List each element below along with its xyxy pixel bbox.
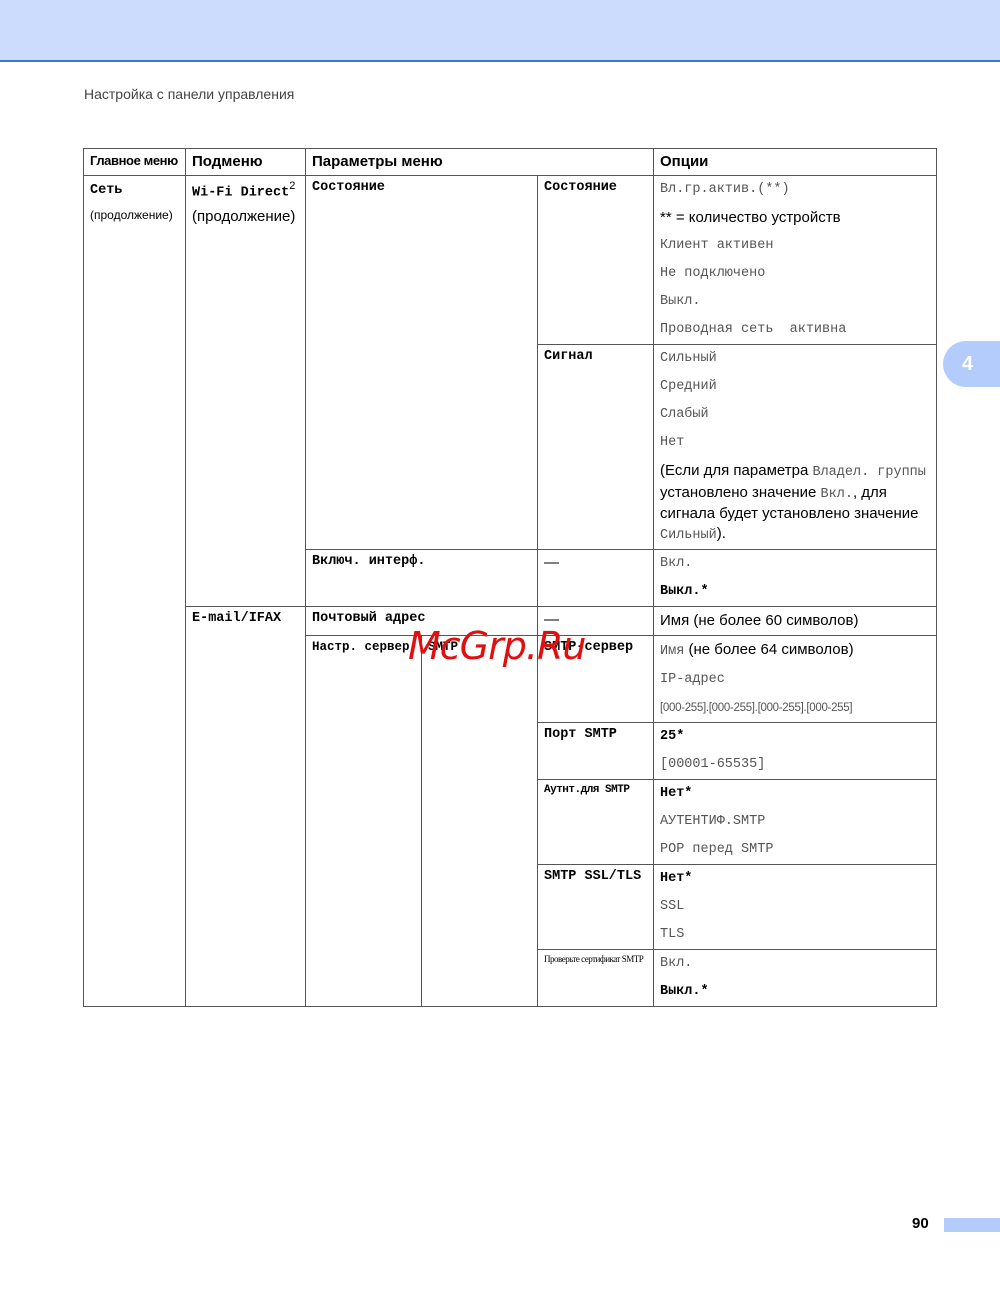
param-interface: Включ. интерф. — [306, 550, 538, 607]
option: Не подключено — [660, 264, 930, 284]
table-row: E-mail/IFAX Почтовый адрес — Имя (не бол… — [84, 607, 937, 636]
running-title: Настройка с панели управления — [84, 86, 294, 102]
options-signal: Сильный Средний Слабый Нет (Если для пар… — [654, 345, 937, 550]
submenu-wifi-note: (продолжение) — [192, 208, 299, 225]
option: Вкл. — [660, 554, 930, 574]
main-menu-cell: Сеть (продолжение) — [84, 176, 186, 1007]
chapter-tab: 4 — [943, 341, 1000, 387]
options-smtp-ssl: Нет* SSL TLS — [654, 865, 937, 950]
options-status: Вл.гр.актив.(**) ** = количество устройс… — [654, 176, 937, 345]
page-number: 90 — [912, 1215, 929, 1232]
option: IP-адрес — [660, 670, 930, 690]
table-row: Сеть (продолжение) Wi-Fi Direct2 (продол… — [84, 176, 937, 345]
note-text: ). — [717, 525, 726, 542]
subparam-smtp-auth: Аутнт.для SMTP — [538, 780, 654, 865]
top-band — [0, 0, 1000, 62]
options-mail-address: Имя (не более 60 символов) — [654, 607, 937, 636]
option: Выкл. — [660, 292, 930, 312]
option: POP перед SMTP — [660, 840, 930, 860]
option: [000-255].[000-255].[000-255].[000-255] — [660, 698, 930, 718]
option: Клиент активен — [660, 236, 930, 256]
option: Имя (не более 60 символов) — [660, 611, 930, 631]
options-smtp-port: 25* [00001-65535] — [654, 723, 937, 780]
subparam-interface: — — [538, 550, 654, 607]
option: [00001-65535] — [660, 755, 930, 775]
option-default: Выкл.* — [660, 982, 930, 1002]
col-submenu: Подменю — [186, 149, 306, 176]
settings-table: Главное меню Подменю Параметры меню Опци… — [83, 148, 937, 1007]
note-text: (Если для параметра — [660, 462, 812, 479]
option: Слабый — [660, 405, 930, 425]
option-default: Выкл.* — [660, 582, 930, 602]
note-mono: Владел. группы — [812, 465, 925, 480]
main-menu-note: (продолжение) — [90, 208, 179, 222]
param-mail-address: Почтовый адрес — [306, 607, 538, 636]
option-default: Нет* — [660, 869, 930, 889]
main-menu-label: Сеть — [90, 183, 122, 198]
option: Сильный — [660, 349, 930, 369]
option: Нет — [660, 433, 930, 453]
option-note: ** = количество устройств — [660, 208, 930, 228]
page-number-bar — [944, 1218, 1000, 1232]
option-default: 25* — [660, 727, 930, 747]
col-options: Опции — [654, 149, 937, 176]
subparam-smtp-ssl: SMTP SSL/TLS — [538, 865, 654, 950]
option: Вкл. — [660, 954, 930, 974]
option: SSL — [660, 897, 930, 917]
param-smtp: SMTP — [422, 636, 538, 1007]
option: Средний — [660, 377, 930, 397]
param-status: Состояние — [306, 176, 538, 550]
option-default: Нет* — [660, 784, 930, 804]
table-header-row: Главное меню Подменю Параметры меню Опци… — [84, 149, 937, 176]
option: Вл.гр.актив.(**) — [660, 180, 930, 200]
option: TLS — [660, 925, 930, 945]
option-rest: (не более 64 символов) — [684, 641, 853, 658]
col-menu-params: Параметры меню — [306, 149, 654, 176]
option-mono: Имя — [660, 644, 684, 659]
options-interface: Вкл. Выкл.* — [654, 550, 937, 607]
option: Имя (не более 64 символов) — [660, 640, 930, 662]
option: Проводная сеть активна — [660, 320, 930, 340]
subparam-smtp-server: SMTP-сервер — [538, 636, 654, 723]
subparam-status: Состояние — [538, 176, 654, 345]
options-smtp-auth: Нет* АУТЕНТИФ.SMTP POP перед SMTP — [654, 780, 937, 865]
subparam-mail-address: — — [538, 607, 654, 636]
subparam-smtp-cert: Проверьте сертификат SMTP — [538, 950, 654, 1007]
submenu-wifi-cell: Wi-Fi Direct2 (продолжение) — [186, 176, 306, 607]
note-mono: Вкл. — [821, 487, 853, 502]
submenu-wifi-label: Wi-Fi Direct — [192, 185, 289, 200]
col-main-menu: Главное меню — [84, 149, 186, 176]
subparam-smtp-port: Порт SMTP — [538, 723, 654, 780]
options-smtp-server: Имя (не более 64 символов) IP-адрес [000… — [654, 636, 937, 723]
param-server-settings: Настр. сервер — [306, 636, 422, 1007]
footnote-ref: 2 — [289, 180, 295, 192]
note-text: установлено значение — [660, 484, 821, 501]
signal-note: (Если для параметра Владел. группы устан… — [660, 461, 930, 545]
submenu-email-label: E-mail/IFAX — [186, 607, 306, 1007]
options-smtp-cert: Вкл. Выкл.* — [654, 950, 937, 1007]
note-mono: Сильный — [660, 528, 717, 543]
subparam-signal: Сигнал — [538, 345, 654, 550]
option: АУТЕНТИФ.SMTP — [660, 812, 930, 832]
